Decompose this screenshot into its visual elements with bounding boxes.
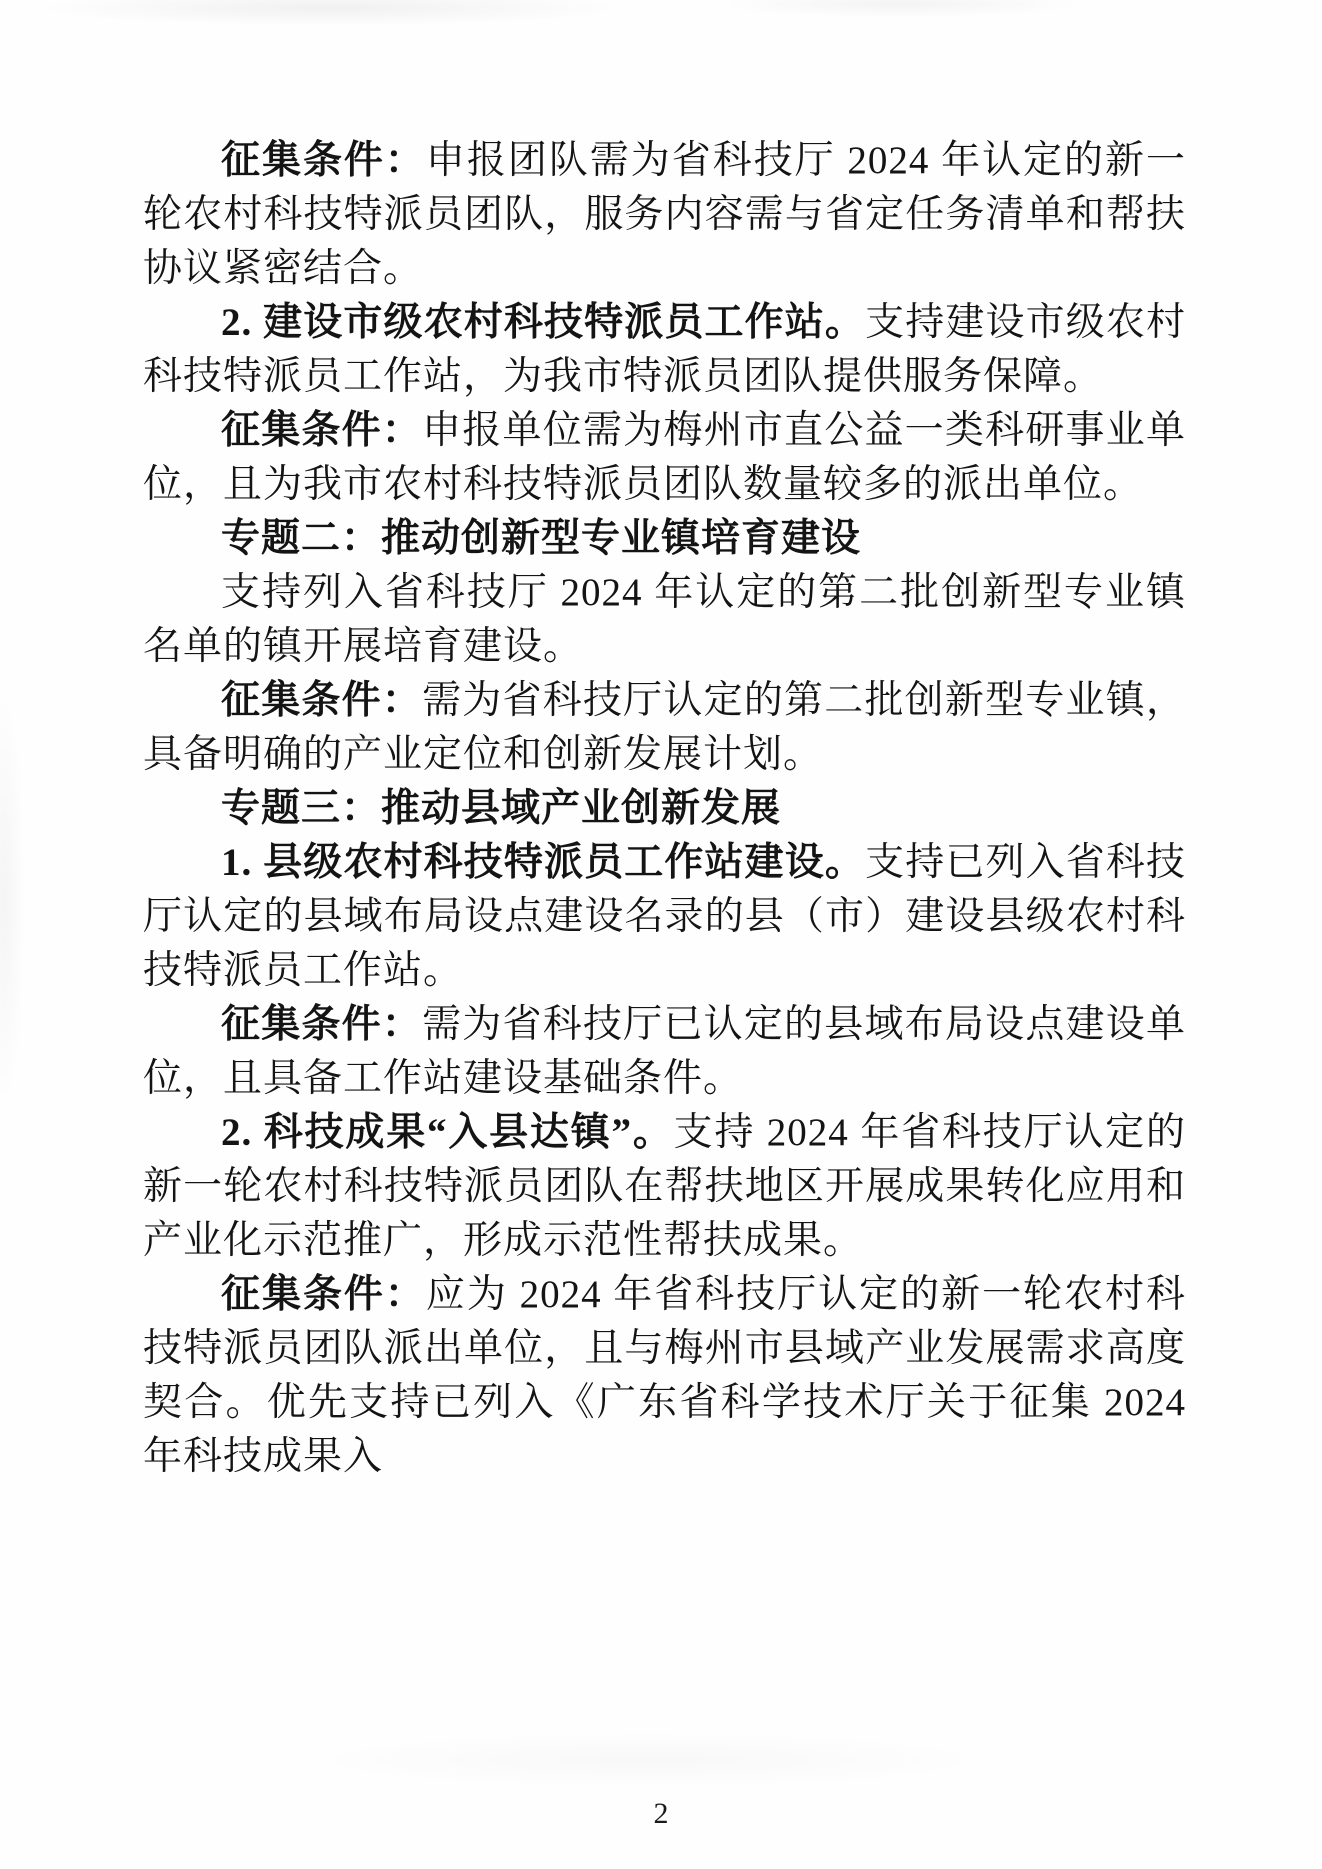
paragraph-topic-3-heading: 专题三：推动县域产业创新发展 bbox=[143, 782, 1186, 836]
paragraph-item-2-city-workstation: 2. 建设市级农村科技特派员工作站。支持建设市级农村科技特派员工作站，为我市特派… bbox=[143, 296, 1186, 404]
paragraph-topic-2-heading: 专题二：推动创新型专业镇培育建设 bbox=[143, 512, 1186, 566]
paragraph-conditions-3: 征集条件：需为省科技厅认定的第二批创新型专业镇，具备明确的产业定位和创新发展计划… bbox=[143, 674, 1186, 782]
paragraph-conditions-3-run-0: 征集条件： bbox=[221, 679, 422, 722]
paragraph-item-2-city-workstation-run-0: 2. 建设市级农村科技特派员工作站。 bbox=[221, 301, 865, 344]
paragraph-item-1-county-workstation-run-0: 1. 县级农村科技特派员工作站建设。 bbox=[221, 841, 865, 884]
paragraph-item-2-achievements: 2. 科技成果“入县达镇”。支持 2024 年省科技厅认定的新一轮农村科技特派员… bbox=[143, 1106, 1186, 1268]
document-page: 征集条件：申报团队需为省科技厅 2024 年认定的新一轮农村科技特派员团队，服务… bbox=[0, 0, 1322, 1869]
paragraph-conditions-2-run-0: 征集条件： bbox=[221, 409, 422, 452]
paragraph-conditions-2: 征集条件：申报单位需为梅州市直公益一类科研事业单位，且为我市农村科技特派员团队数… bbox=[143, 404, 1186, 512]
paragraph-conditions-1-run-0: 征集条件： bbox=[221, 139, 426, 182]
page-number: 2 bbox=[654, 1797, 669, 1831]
paragraph-topic-3-heading-run-0: 专题三：推动县域产业创新发展 bbox=[221, 787, 781, 830]
paragraph-item-1-county-workstation: 1. 县级农村科技特派员工作站建设。支持已列入省科技厅认定的县域布局设点建设名录… bbox=[143, 836, 1186, 998]
document-text-block: 征集条件：申报团队需为省科技厅 2024 年认定的新一轮农村科技特派员团队，服务… bbox=[143, 134, 1186, 1484]
paragraph-conditions-5-run-0: 征集条件： bbox=[221, 1273, 426, 1316]
paragraph-topic-2-body-run-0: 支持列入省科技厅 2024 年认定的第二批创新型专业镇名单的镇开展培育建设。 bbox=[143, 571, 1186, 668]
paragraph-conditions-5: 征集条件：应为 2024 年省科技厅认定的新一轮农村科技特派员团队派出单位，且与… bbox=[143, 1268, 1186, 1484]
paragraph-item-2-achievements-run-0: 2. 科技成果“入县达镇”。 bbox=[221, 1111, 674, 1154]
paragraph-conditions-4-run-0: 征集条件： bbox=[221, 1003, 422, 1046]
page-footer: 2 bbox=[0, 1797, 1322, 1831]
paragraph-conditions-4: 征集条件：需为省科技厅已认定的县域布局设点建设单位，且具备工作站建设基础条件。 bbox=[143, 998, 1186, 1106]
paragraph-conditions-1: 征集条件：申报团队需为省科技厅 2024 年认定的新一轮农村科技特派员团队，服务… bbox=[143, 134, 1186, 296]
paragraph-topic-2-heading-run-0: 专题二：推动创新型专业镇培育建设 bbox=[221, 517, 861, 560]
paragraph-topic-2-body: 支持列入省科技厅 2024 年认定的第二批创新型专业镇名单的镇开展培育建设。 bbox=[143, 566, 1186, 674]
